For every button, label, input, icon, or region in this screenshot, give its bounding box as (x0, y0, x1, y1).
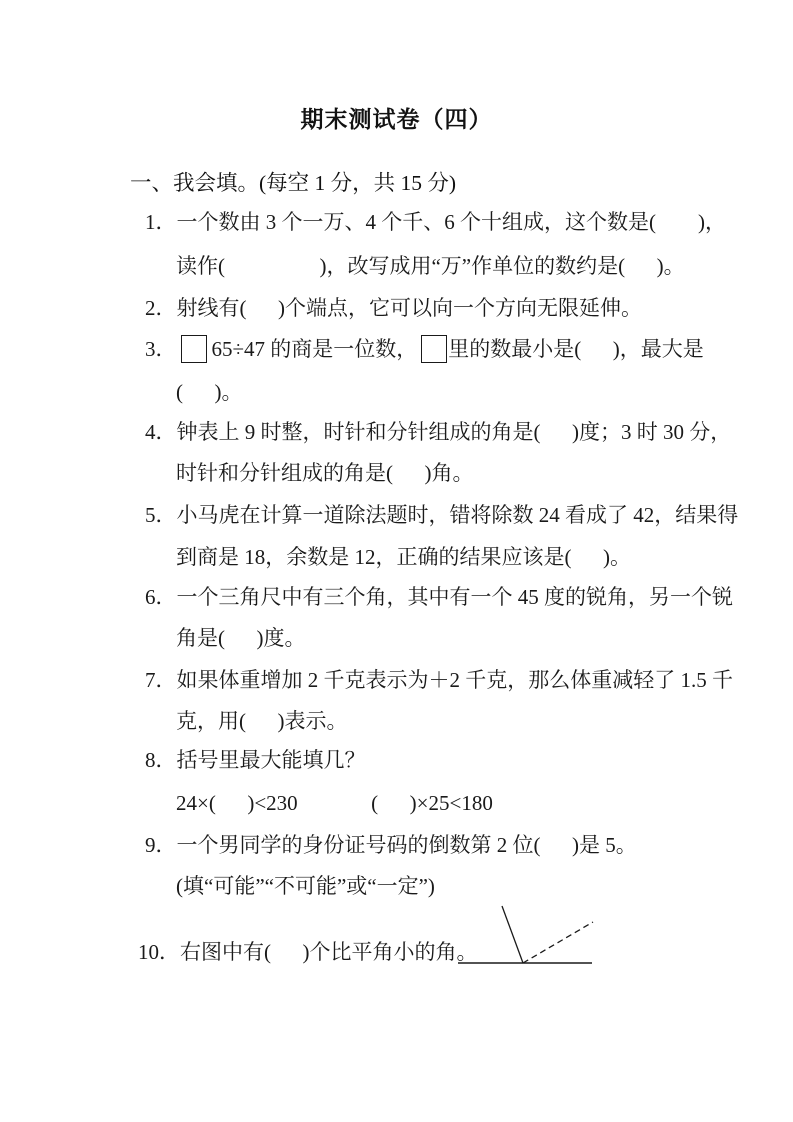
question-1-line-2: 读作( )，改写成用“万”作单位的数约是( )。 (176, 253, 685, 280)
question-1-number: 1． (145, 210, 177, 234)
question-5-text: 小马虎在计算一道除法题时，错将除数 24 看成了 42，结果得 (177, 503, 739, 527)
question-3-text-2: 里的数最小是( )，最大是 (448, 337, 704, 361)
question-7-line-1: 7．如果体重增加 2 千克表示为＋2 千克，那么体重减轻了 1.5 千 (145, 667, 733, 694)
question-7-text: 如果体重增加 2 千克表示为＋2 千克，那么体重减轻了 1.5 千 (177, 668, 734, 692)
question-3-text-1: 65÷47 的商是一位数， (212, 337, 418, 361)
question-4-number: 4． (145, 420, 177, 444)
question-8-number: 8． (145, 748, 177, 772)
question-6-text: 一个三角尺中有三个角，其中有一个 45 度的锐角，另一个锐 (177, 585, 734, 609)
question-4-line-1: 4．钟表上 9 时整，时针和分针组成的角是( )度；3 时 30 分， (145, 419, 731, 446)
figure-left-ray-solid (502, 906, 523, 963)
question-6-line-2: 角是( )度。 (176, 625, 306, 652)
page-title: 期末测试卷（四） (0, 101, 793, 134)
question-2-line-1: 2．射线有( )个端点，它可以向一个方向无限延伸。 (145, 295, 642, 322)
question-2-number: 2． (145, 296, 177, 320)
question-10-number: 10． (138, 940, 180, 964)
blank-box (421, 335, 447, 363)
question-10-line-1: 10．右图中有( )个比平角小的角。 (138, 939, 478, 966)
question-1-text: 一个数由 3 个一万、4 个千、6 个十组成，这个数是( )， (177, 210, 726, 234)
question-3-line-1: 3．65÷47 的商是一位数，里的数最小是( )，最大是 (145, 335, 704, 363)
question-8-text: 括号里最大能填几？ (177, 748, 366, 772)
question-4-line-2: 时针和分针组成的角是( )角。 (176, 460, 474, 487)
question-7-number: 7． (145, 668, 177, 692)
figure-right-ray-dashed (523, 922, 593, 963)
question-1-line-1: 1．一个数由 3 个一万、4 个千、6 个十组成，这个数是( )， (145, 209, 726, 236)
question-8-expressions: 24×( )<230 ( )×25<180 (176, 790, 493, 817)
question-10-text: 右图中有( )个比平角小的角。 (180, 940, 478, 964)
question-9-number: 9． (145, 833, 177, 857)
question-5-line-2: 到商是 18，余数是 12，正确的结果应该是( )。 (176, 544, 631, 571)
angle-figure (452, 893, 602, 973)
question-6-line-1: 6．一个三角尺中有三个角，其中有一个 45 度的锐角，另一个锐 (145, 584, 733, 611)
question-5-number: 5． (145, 503, 177, 527)
question-2-text: 射线有( )个端点，它可以向一个方向无限延伸。 (177, 296, 643, 320)
question-3-number: 3． (145, 337, 177, 361)
question-9-line-1: 9．一个男同学的身份证号码的倒数第 2 位( )是 5。 (145, 832, 637, 859)
question-9-text: 一个男同学的身份证号码的倒数第 2 位( )是 5。 (177, 833, 637, 857)
section-heading: 一、我会填。(每空 1 分，共 15 分) (130, 170, 456, 197)
question-3-line-2: ( )。 (176, 379, 243, 406)
question-9-line-2: (填“可能”“不可能”或“一定”) (176, 873, 435, 900)
blank-box (181, 335, 207, 363)
question-7-line-2: 克，用( )表示。 (176, 708, 348, 735)
question-5-line-1: 5．小马虎在计算一道除法题时，错将除数 24 看成了 42，结果得 (145, 502, 738, 529)
question-6-number: 6． (145, 585, 177, 609)
question-8-line-1: 8．括号里最大能填几？ (145, 747, 366, 774)
exam-page: 期末测试卷（四） 一、我会填。(每空 1 分，共 15 分) 1．一个数由 3 … (0, 0, 793, 1122)
question-4-text: 钟表上 9 时整，时针和分针组成的角是( )度；3 时 30 分， (177, 420, 732, 444)
